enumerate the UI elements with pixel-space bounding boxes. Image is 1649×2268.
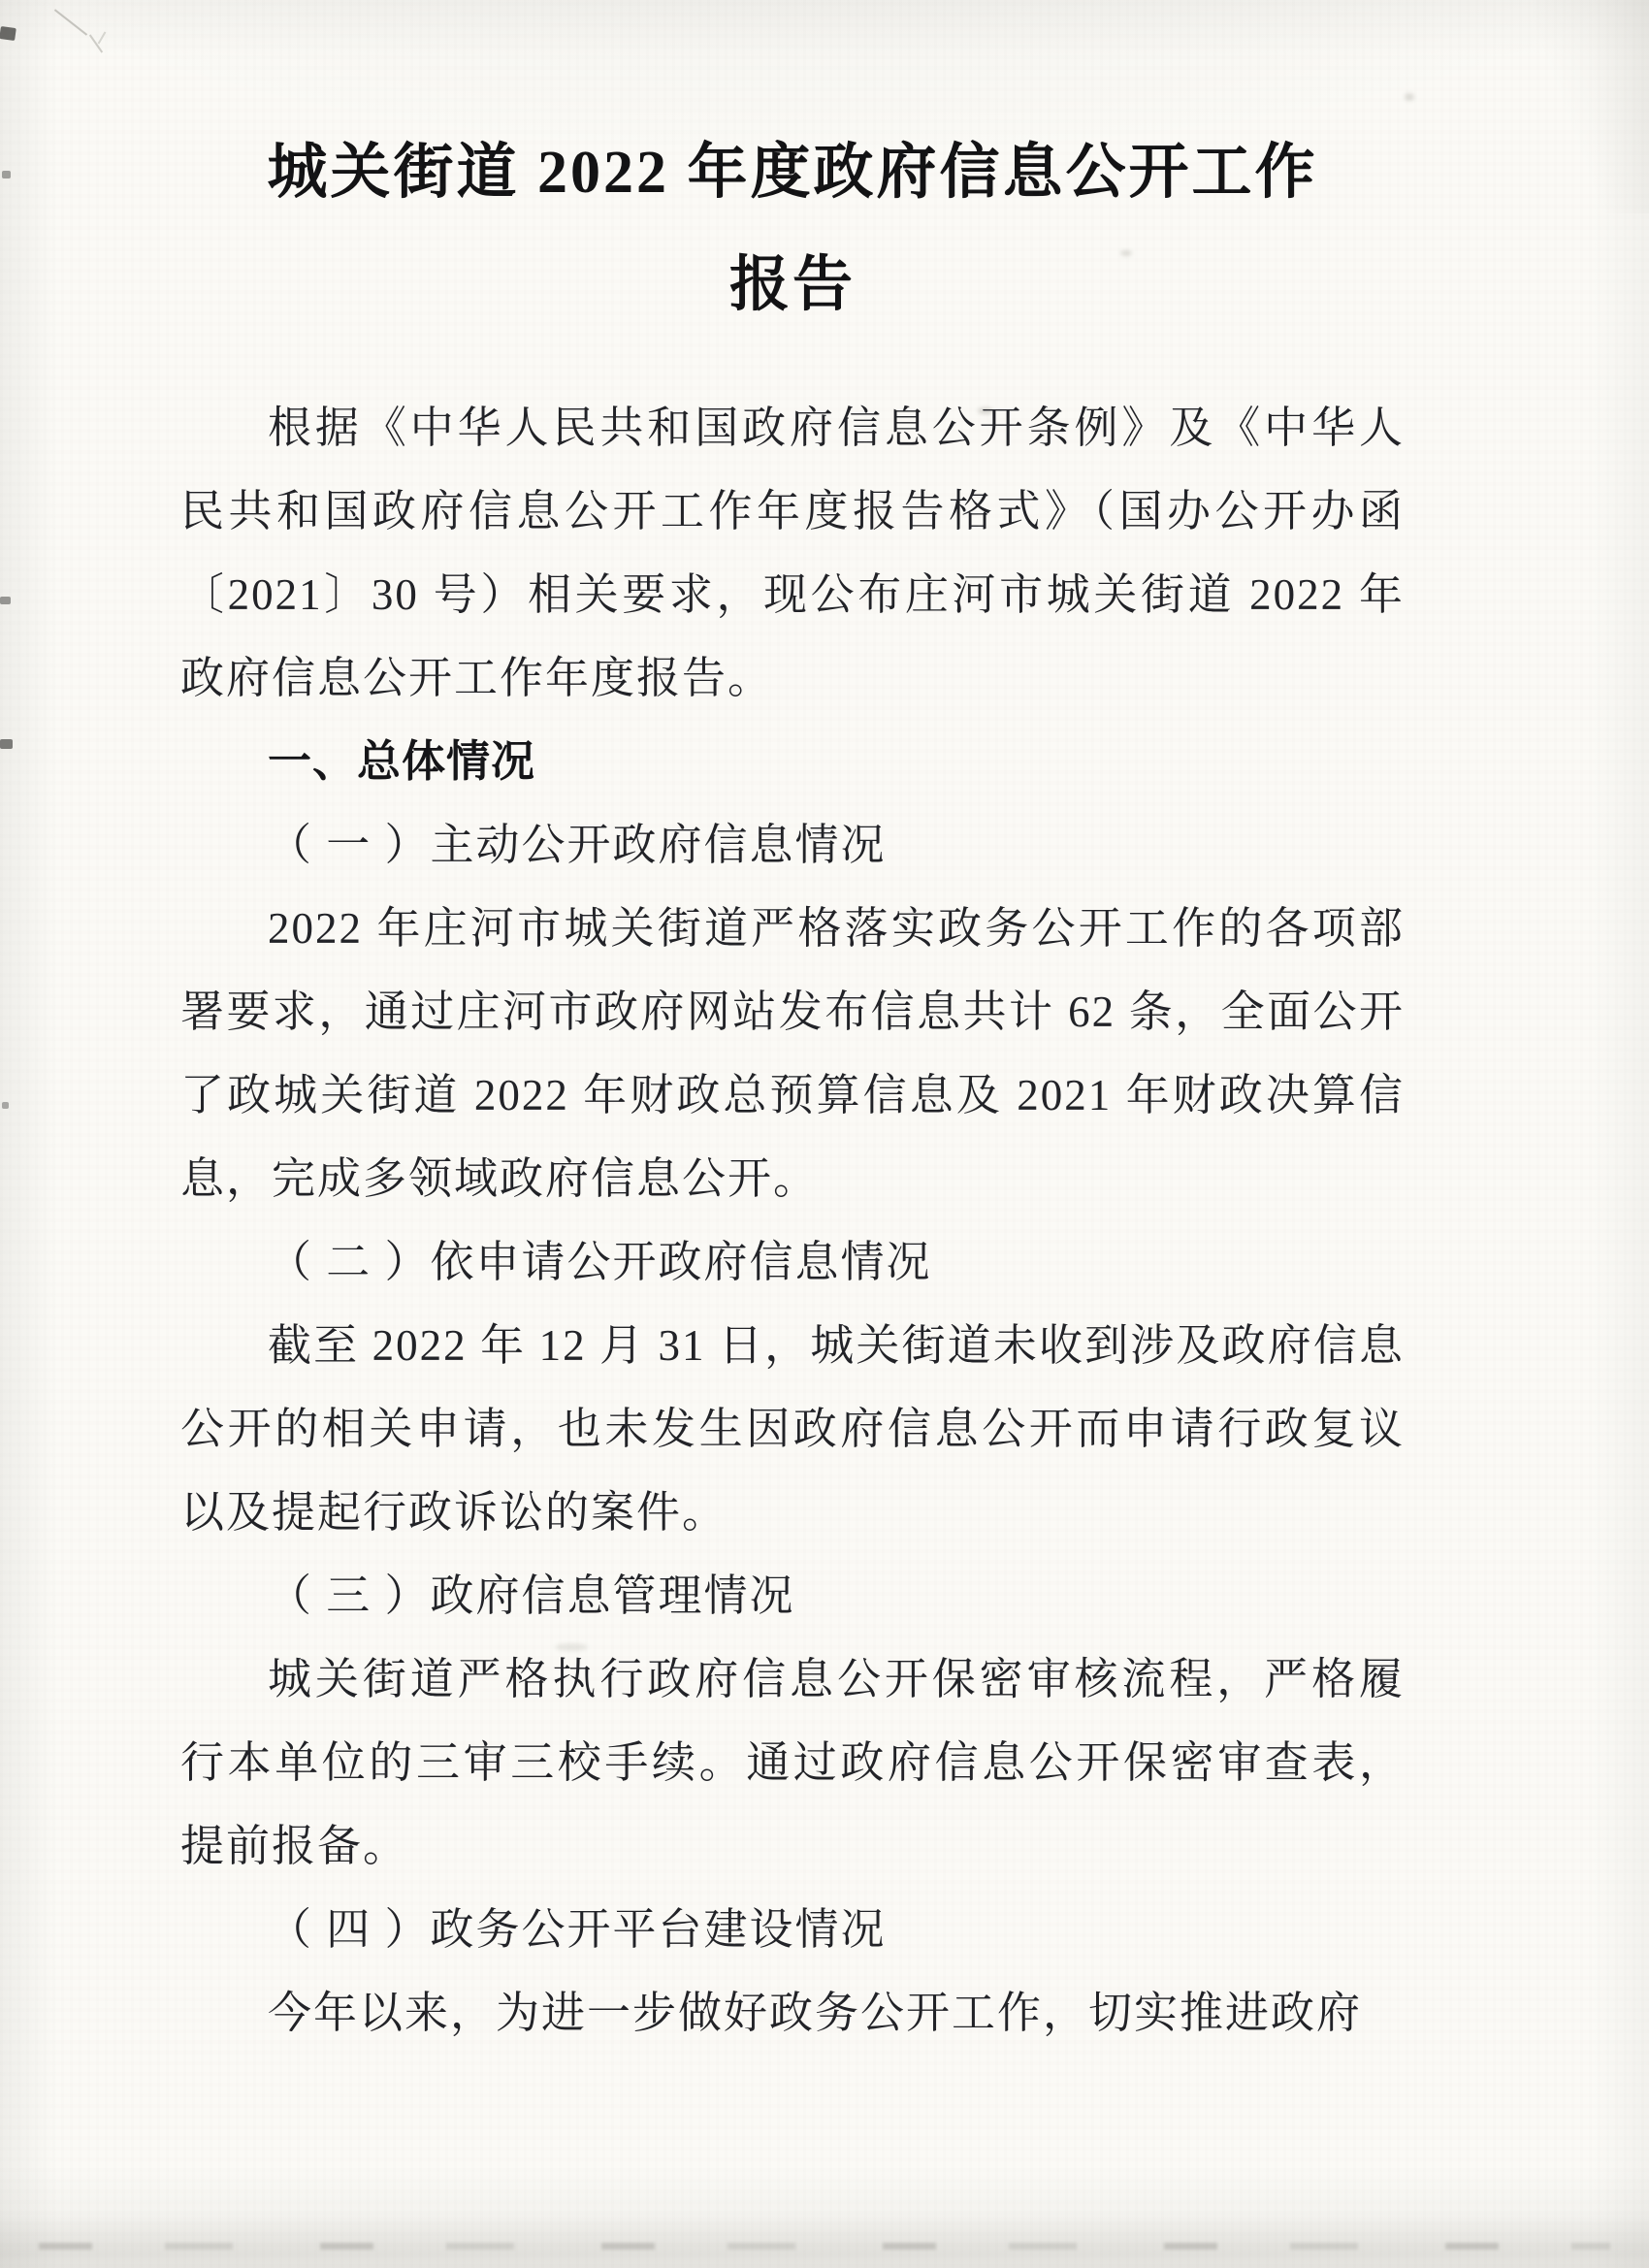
document-content: 城关街道 2022 年度政府信息公开工作 报告 根据《中华人民共和国政府信息公开… [180, 116, 1405, 2055]
scan-bottom-noise [39, 2243, 1610, 2250]
subsection-heading: （ 二 ）依申请公开政府信息情况 [180, 1220, 1405, 1304]
scan-crease-mark [89, 34, 103, 52]
body-paragraph: 今年以来，为进一步做好政务公开工作，切实推进政府 [180, 1971, 1405, 2055]
body-paragraph: 城关街道严格执行政府信息公开保密审核流程，严格履行本单位的三审三校手续。通过政府… [180, 1637, 1405, 1888]
scan-crease-mark [54, 9, 87, 35]
body-paragraph: 2022 年庄河市城关街道严格落实政务公开工作的各项部署要求，通过庄河市政府网站… [180, 887, 1405, 1220]
scan-crease-mark [98, 31, 107, 44]
scan-speck [2, 1102, 9, 1109]
scan-smudge [1405, 93, 1414, 101]
scan-bottom-shading [0, 2214, 1649, 2268]
subsection-heading: （ 三 ）政府信息管理情况 [180, 1554, 1405, 1637]
document-title: 城关街道 2022 年度政府信息公开工作 报告 [180, 116, 1405, 341]
body-paragraph: 截至 2022 年 12 月 31 日，城关街道未收到涉及政府信息公开的相关申请… [180, 1304, 1405, 1554]
scan-speck [0, 739, 13, 749]
section-heading: 一、总体情况 [180, 720, 1405, 803]
document-title-line2: 报告 [180, 229, 1405, 341]
scan-speck [0, 26, 16, 41]
body-paragraph: 根据《中华人民共和国政府信息公开条例》及《中华人民共和国政府信息公开工作年度报告… [180, 386, 1405, 720]
scan-corner-shading [1533, 0, 1649, 213]
scanned-document-page: 城关街道 2022 年度政府信息公开工作 报告 根据《中华人民共和国政府信息公开… [0, 0, 1649, 2268]
subsection-heading: （ 一 ）主动公开政府信息情况 [180, 803, 1405, 887]
scan-speck [2, 171, 11, 178]
document-title-line1: 城关街道 2022 年度政府信息公开工作 [180, 116, 1405, 229]
subsection-heading: （ 四 ）政务公开平台建设情况 [180, 1888, 1405, 1971]
scan-speck [0, 597, 11, 604]
document-body: 根据《中华人民共和国政府信息公开条例》及《中华人民共和国政府信息公开工作年度报告… [180, 386, 1405, 2055]
